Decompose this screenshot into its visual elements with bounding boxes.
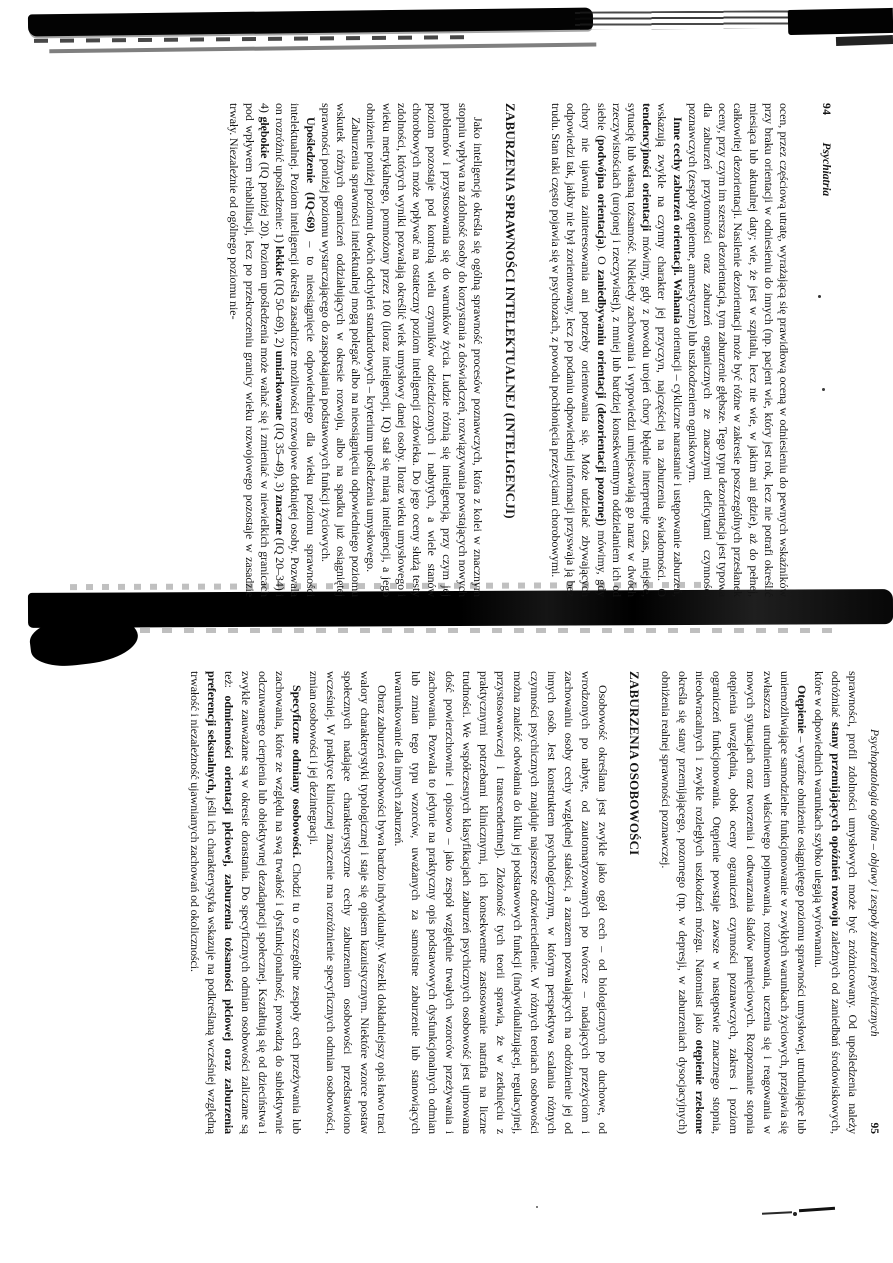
scan-artifact-speck (536, 1206, 538, 1208)
page-95-text: sprawności, profil zdolności umysłowych … (186, 671, 861, 1134)
paragraph: Specyficzne odmiany osobowości. Chodzi t… (186, 671, 305, 1134)
scan-artifact-bottom-dash (762, 1211, 792, 1215)
scan-artifact-top-band (28, 8, 593, 37)
scan-artifact-gutter-speckle-2 (140, 628, 840, 633)
page-94-running-title: Psychiatria (819, 143, 833, 197)
paragraph: Zaburzenia sprawności intelektualnej mog… (318, 103, 364, 597)
scan-artifact-top-right-block (788, 8, 893, 35)
scan-artifact-top-band-tail (575, 10, 800, 30)
paragraph: Osobowość określana jest zwykle jako ogó… (390, 671, 611, 1134)
scan-artifact-bottom-dash-2 (799, 1207, 835, 1213)
page-94-running-header: 94 Psychiatria (819, 103, 838, 597)
paragraph: Upośledzenie (IQ<69) – to nieosiągnięcie… (226, 103, 317, 597)
page-95-number: 95 (867, 1123, 881, 1135)
paragraph: Inne cechy zaburzeń orientacji. Wahania … (548, 103, 685, 597)
page-94-text: ocen, przez częściową utratę, wyrażającą… (226, 103, 791, 597)
section-heading: ZABURZENIA SPRAWNOŚCI INTELEKTUALNEJ (IN… (502, 103, 518, 597)
scan-artifact-bottom-dot (793, 1212, 797, 1216)
paragraph: Jako inteligencję określa się ogólną spr… (363, 103, 485, 597)
section-heading: ZABURZENIA OSOBOWOŚCI (626, 671, 642, 1134)
book-scan: 94 Psychiatria ocen, przez częściową utr… (0, 0, 893, 1263)
paragraph: Otępienie – wyraźne obniżenie osiągnięte… (657, 671, 810, 1134)
page-94: 94 Psychiatria ocen, przez częściową utr… (52, 103, 838, 597)
scan-artifact-top-band-streak (34, 35, 474, 43)
paragraph: Obraz zaburzeń osobowości bywa bardzo in… (305, 671, 390, 1134)
page-94-number: 94 (819, 103, 833, 116)
page-95: Psychopatologia ogólna – objawy i zespoł… (55, 658, 883, 1134)
paragraph: sprawności, profil zdolności umysłowych … (810, 671, 861, 1134)
page-95-running-header: Psychopatologia ogólna – objawy i zespoł… (867, 671, 883, 1134)
page-95-rotated-content: Psychopatologia ogólna – objawy i zespoł… (55, 658, 883, 1134)
page-95-running-title: Psychopatologia ogólna – objawy i zespoł… (867, 729, 881, 1037)
paragraph: ocen, przez częściową utratę, wyrażającą… (685, 103, 791, 597)
page-94-rotated-content: 94 Psychiatria ocen, przez częściową utr… (52, 103, 838, 597)
scan-artifact-top-right-smudge (836, 35, 893, 46)
